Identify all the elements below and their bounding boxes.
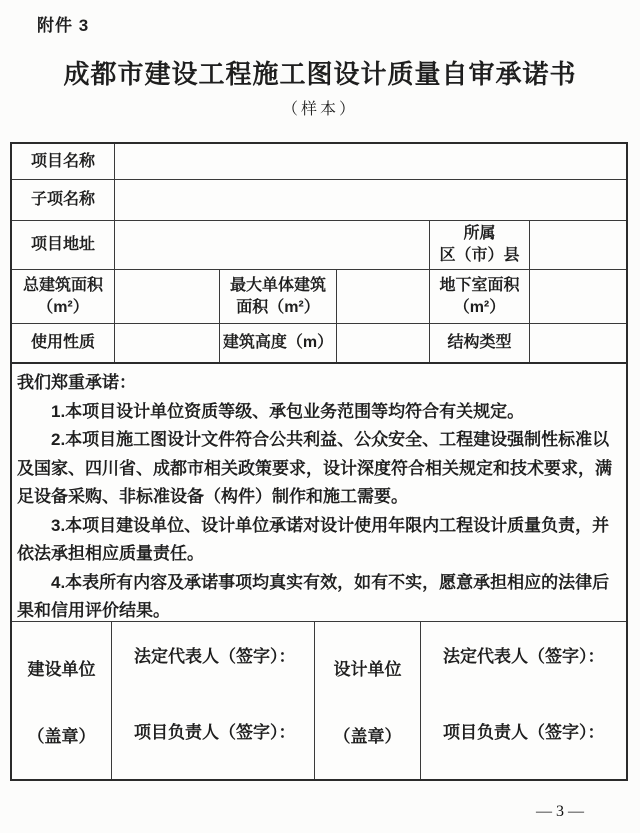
structure-type-label: 结构类型 xyxy=(430,324,530,362)
subitem-name-value-cell xyxy=(115,180,626,220)
total-area-label-line1: 总建筑面积 xyxy=(23,275,103,297)
commitment-item-1: 1.本项目设计单位资质等级、承包业务范围等均符合有关规定。 xyxy=(17,398,618,427)
design-project-manager-label: 项目负责人（签字）： xyxy=(443,718,605,743)
usage-nature-value-cell xyxy=(115,324,220,362)
project-name-label: 项目名称 xyxy=(12,144,115,179)
basement-area-label-line1: 地下室面积 xyxy=(439,275,519,297)
row-project-address: 项目地址 所属 区（市）县 xyxy=(12,221,626,270)
project-name-value-cell xyxy=(115,144,626,179)
district-value-cell xyxy=(530,221,626,269)
commitment-intro: 我们郑重承诺： xyxy=(17,369,618,398)
row-project-name: 项目名称 xyxy=(12,144,626,180)
design-unit-signatures: 法定代表人（签字）： 项目负责人（签字）： xyxy=(421,622,626,779)
construction-unit-signatures: 法定代表人（签字）： 项目负责人（签字）： xyxy=(112,622,315,779)
max-single-area-label-line1: 最大单体建筑 xyxy=(230,275,326,297)
commitment-text: 我们郑重承诺： 1.本项目设计单位资质等级、承包业务范围等均符合有关规定。 2.… xyxy=(12,364,626,621)
construction-unit-name: 建设单位 xyxy=(28,655,96,680)
building-height-label: 建筑高度（m） xyxy=(220,324,337,362)
basement-area-label: 地下室面积 （m²） xyxy=(430,270,530,323)
project-address-value-cell xyxy=(115,221,430,269)
district-label-line1: 所属 xyxy=(463,223,495,245)
max-single-area-label-line2: 面积（m²） xyxy=(236,297,320,319)
building-height-value-cell xyxy=(337,324,430,362)
subitem-name-label: 子项名称 xyxy=(12,180,115,220)
page-subtitle: （样本） xyxy=(0,96,640,119)
row-subitem-name: 子项名称 xyxy=(12,180,626,221)
total-area-value-cell xyxy=(115,270,220,323)
total-area-label-line2: （m²） xyxy=(37,297,89,319)
construction-unit-seal: （盖章） xyxy=(28,722,96,747)
total-area-label: 总建筑面积 （m²） xyxy=(12,270,115,323)
structure-type-value-cell xyxy=(530,324,626,362)
project-address-label: 项目地址 xyxy=(12,221,115,269)
commitment-item-4: 4.本表所有内容及承诺事项均真实有效，如有不实，愿意承担相应的法律后果和信用评价… xyxy=(17,569,618,626)
design-unit-seal: （盖章） xyxy=(334,722,402,747)
max-single-area-value-cell xyxy=(337,270,430,323)
construction-legal-rep-label: 法定代表人（签字）： xyxy=(134,642,296,667)
row-areas: 总建筑面积 （m²） 最大单体建筑 面积（m²） 地下室面积 （m²） xyxy=(12,270,626,324)
design-unit-cell: 设计单位 （盖章） xyxy=(315,622,421,779)
form-table: 项目名称 子项名称 项目地址 所属 区（市）县 总建筑面积 （m²） 最大 xyxy=(10,142,628,781)
commitment-item-2: 2.本项目施工图设计文件符合公共利益、公众安全、工程建设强制性标准以及国家、四川… xyxy=(17,426,618,512)
page-number: — 3 — xyxy=(500,803,620,821)
construction-project-manager-label: 项目负责人（签字）： xyxy=(134,718,296,743)
commitment-item-3: 3.本项目建设单位、设计单位承诺对设计使用年限内工程设计质量负责，并依法承担相应… xyxy=(17,512,618,569)
construction-unit-cell: 建设单位 （盖章） xyxy=(12,622,112,779)
basement-area-value-cell xyxy=(530,270,626,323)
max-single-area-label: 最大单体建筑 面积（m²） xyxy=(220,270,337,323)
row-signatures: 建设单位 （盖章） 法定代表人（签字）： 项目负责人（签字）： 设计单位 （盖章… xyxy=(12,622,626,779)
district-label-line2: 区（市）县 xyxy=(439,245,519,267)
basement-area-label-line2: （m²） xyxy=(454,297,506,319)
usage-nature-label: 使用性质 xyxy=(12,324,115,362)
page-title: 成都市建设工程施工图设计质量自审承诺书 xyxy=(0,54,640,91)
design-legal-rep-label: 法定代表人（签字）： xyxy=(443,642,605,667)
row-commitment: 我们郑重承诺： 1.本项目设计单位资质等级、承包业务范围等均符合有关规定。 2.… xyxy=(12,364,626,622)
row-usage: 使用性质 建筑高度（m） 结构类型 xyxy=(12,324,626,364)
district-label: 所属 区（市）县 xyxy=(430,221,530,269)
design-unit-name: 设计单位 xyxy=(334,655,402,680)
attachment-label: 附件 3 xyxy=(37,11,89,36)
